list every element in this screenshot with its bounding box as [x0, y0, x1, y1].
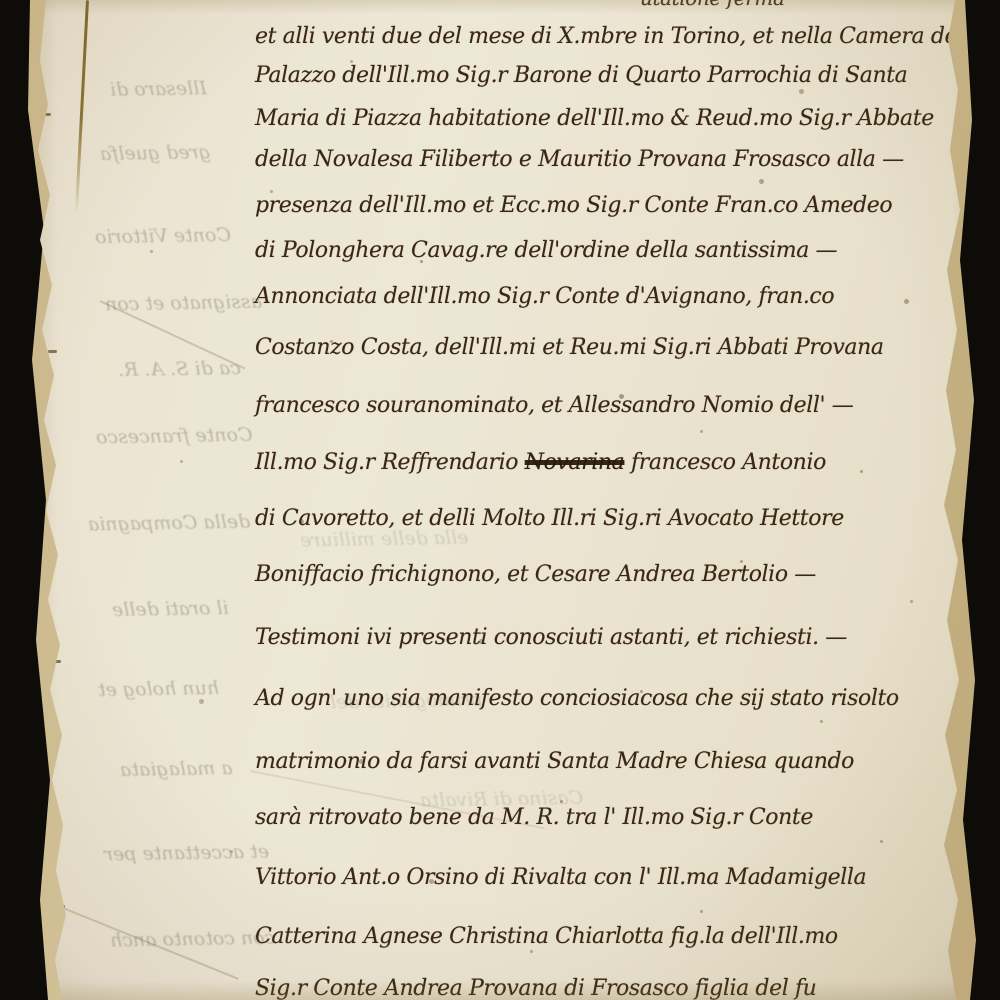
manuscript-line: Palazzo dell'Ill.mo Sig.r Barone di Quar…: [255, 63, 907, 88]
manuscript-line: di Cavoretto, et delli Molto Ill.ri Sig.…: [255, 506, 844, 531]
manuscript-line: Costanzo Costa, dell'Ill.mi et Reu.mi Si…: [255, 335, 884, 360]
manuscript-line: di Polonghera Cavag.re dell'ordine della…: [255, 238, 837, 263]
manuscript-line: matrimonio da farsi avanti Santa Madre C…: [255, 749, 854, 774]
foxing-spots: [0, 0, 3, 3]
manuscript-line: Ad ogn' uno sia manifesto conciosiacosa …: [255, 686, 899, 711]
manuscript-line: Testimoni ivi presenti conosciuti astant…: [255, 625, 847, 650]
manuscript-line: Boniffacio frichignono, et Cesare Andrea…: [255, 562, 816, 587]
line-text-before-strike: Ill.mo Sig.r Reffrendario: [255, 450, 525, 475]
manuscript-line: della Novalesa Filiberto e Mauritio Prov…: [255, 147, 904, 172]
manuscript-line: Catterina Agnese Christina Chiarlotta fi…: [255, 924, 838, 949]
manuscript-line: sarà ritrovato bene da M. R. tra l' Ill.…: [255, 805, 813, 830]
manuscript-line: et alli venti due del mese di X.mbre in …: [255, 24, 964, 49]
manuscript-line-clipped-bottom: Sig.r Conte Andrea Provana di Frosasco f…: [255, 976, 816, 1000]
manuscript-line: Annonciata dell'Ill.mo Sig.r Conte d'Avi…: [255, 284, 834, 309]
manuscript-line: francesco souranominato, et Allessandro …: [255, 393, 853, 418]
manuscript-line: presenza dell'Ill.mo et Ecc.mo Sig.r Con…: [255, 193, 892, 218]
line-text-after-strike: francesco Antonio: [624, 450, 826, 475]
manuscript-photo: { "colors": { "background": "#0d0c09", "…: [0, 0, 1000, 1000]
manuscript-line-with-strikeout: Ill.mo Sig.r Reffrendario Novarina franc…: [255, 450, 826, 475]
handwritten-text-block: utatione ferma et alli venti due del mes…: [0, 0, 1000, 1000]
manuscript-page: Illesaro di gred guelfa Conte Vittorio a…: [0, 0, 1000, 1000]
struck-out-word: Novarina: [525, 450, 625, 475]
manuscript-line: Vittorio Ant.o Orsino di Rivalta con l' …: [255, 865, 866, 890]
manuscript-line: Maria di Piazza habitatione dell'Ill.mo …: [255, 106, 934, 131]
manuscript-line-clipped-top: utatione ferma: [640, 0, 784, 10]
